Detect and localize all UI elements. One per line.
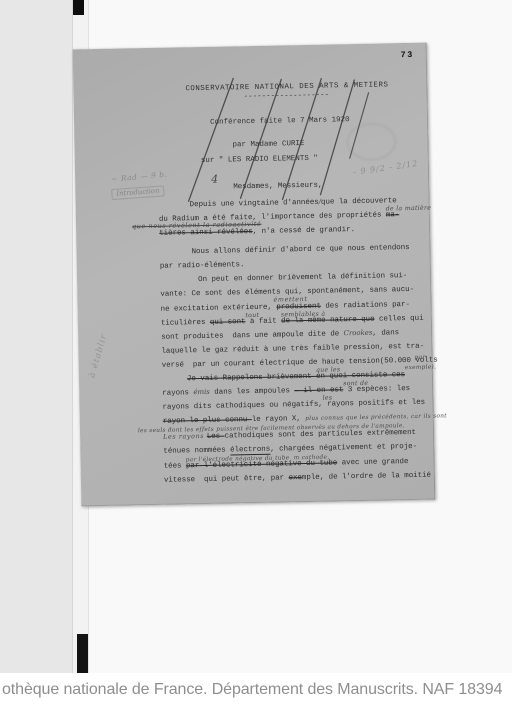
manuscript-page: 73 CONSERVATOIRE NATIONAL DES ARTS & MET… (73, 43, 436, 507)
cancellation-strokes-icon (73, 43, 436, 507)
caption-bar: othèque nationale de France. Département… (0, 673, 512, 707)
scan-background-left (0, 0, 72, 673)
film-black-mark-top (73, 0, 84, 15)
caption-text: othèque nationale de France. Département… (2, 681, 502, 699)
film-black-mark-bottom (77, 634, 88, 673)
